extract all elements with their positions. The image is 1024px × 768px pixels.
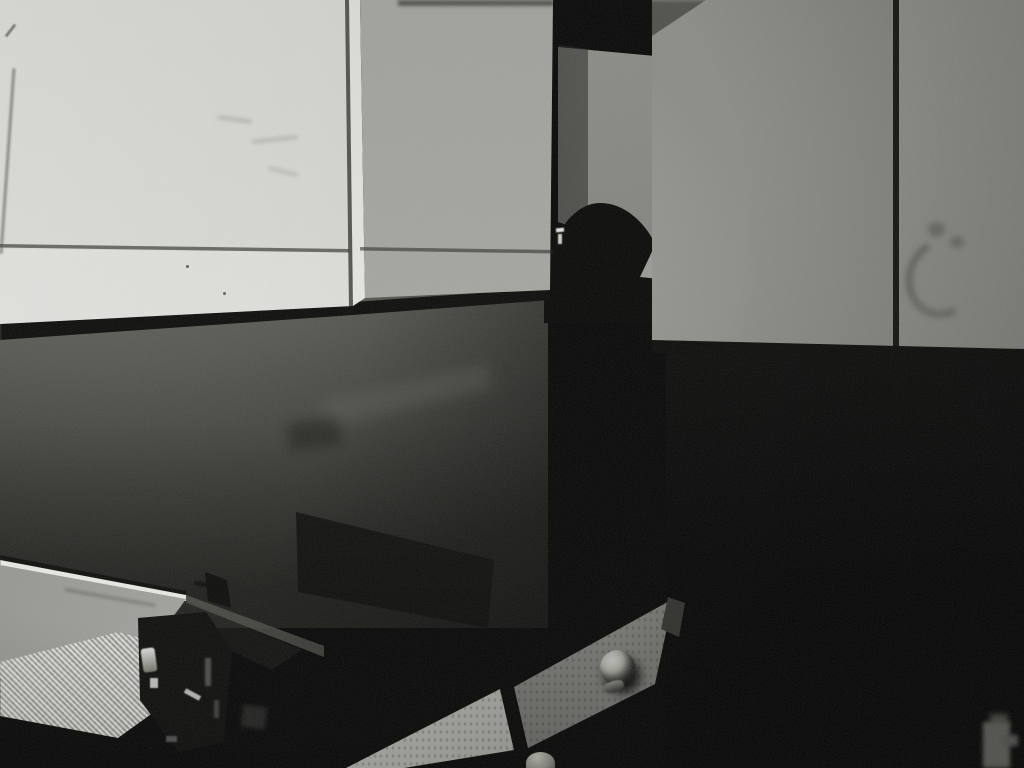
photo-dark-kitchen-interior — [0, 0, 1024, 768]
vignette-overlay — [0, 0, 1024, 768]
